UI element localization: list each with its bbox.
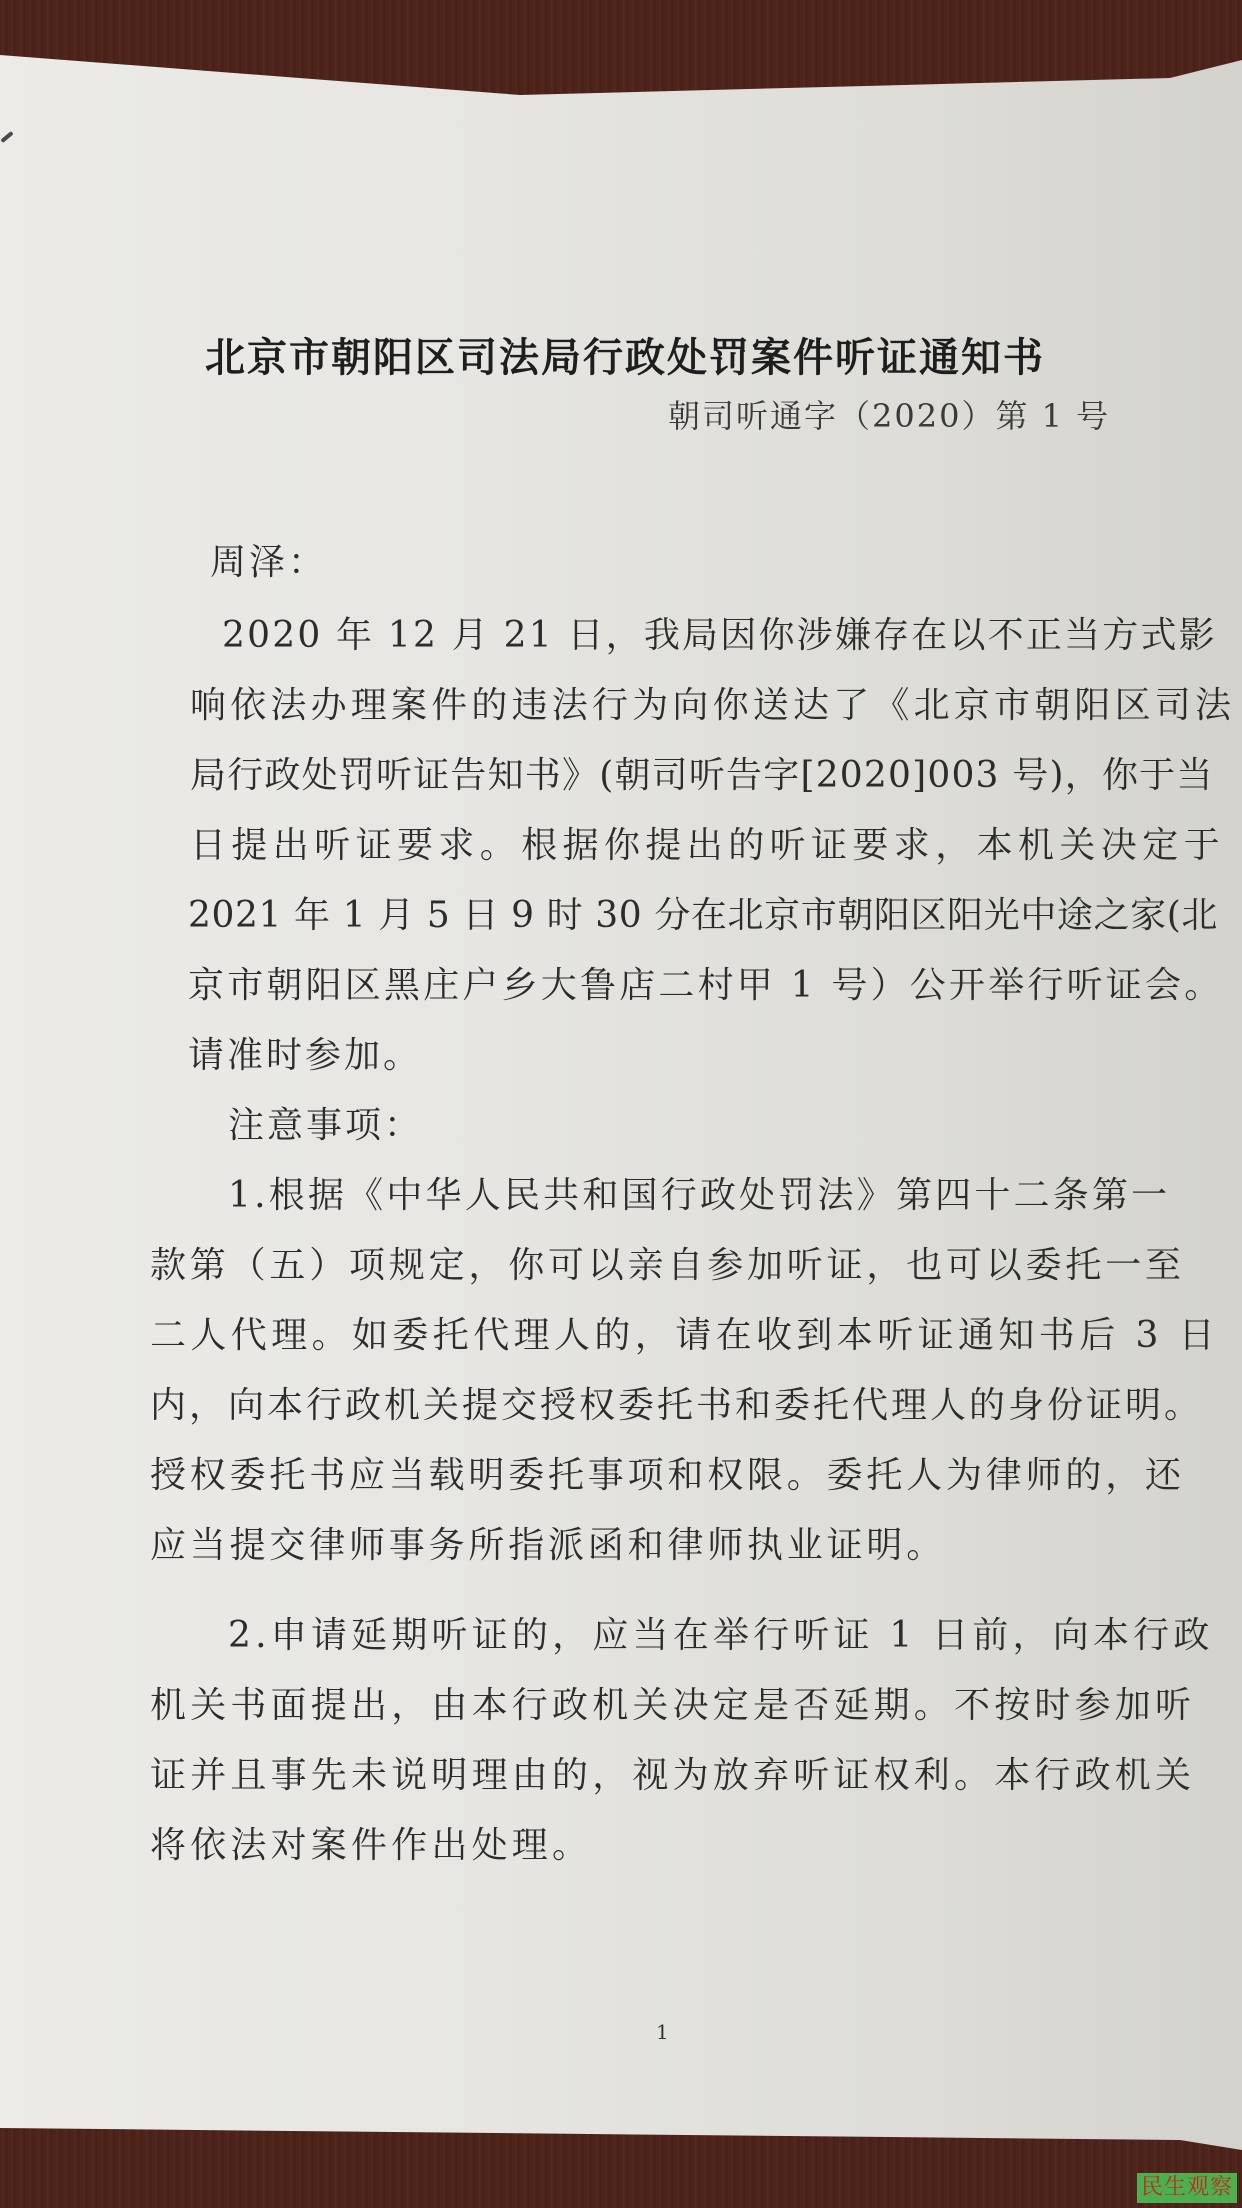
note2-line: 证并且事先未说明理由的，视为放弃听证权利。本行政机关 xyxy=(150,1758,1195,1794)
note1-line: 1.根据《中华人民共和国行政处罚法》第四十二条第一 xyxy=(228,1178,1170,1214)
body-line: 2021 年 1 月 5 日 9 时 30 分在北京市朝阳区阳光中途之家(北 xyxy=(188,898,1218,934)
note2-line: 2.申请延期听证的，应当在举行听证 1 日前，向本行政 xyxy=(228,1618,1214,1654)
document-title: 北京市朝阳区司法局行政处罚案件听证通知书 xyxy=(205,338,1045,378)
body-line: 响依法办理案件的违法行为向你送达了《北京市朝阳区司法 xyxy=(190,688,1235,724)
watermark-badge: 民生观察 xyxy=(1137,2173,1237,2203)
note2-line: 将依法对案件作出处理。 xyxy=(150,1828,592,1864)
document-number: 朝司听通字（2020）第 1 号 xyxy=(668,400,1110,432)
note1-line: 内，向本行政机关提交授权委托书和委托代理人的身份证明。 xyxy=(150,1388,1203,1424)
document-paper xyxy=(0,0,1242,2208)
body-line: 2020 年 12 月 21 日，我局因你涉嫌存在以不正当方式影 xyxy=(222,618,1217,654)
page-number: 1 xyxy=(656,2020,669,2044)
note1-line: 应当提交律师事务所指派函和律师执业证明。 xyxy=(150,1528,946,1564)
addressee: 周泽： xyxy=(210,545,327,581)
body-line: 请准时参加。 xyxy=(188,1038,422,1074)
body-line: 京市朝阳区黑庄户乡大鲁店二村甲 1 号）公开举行听证会。 xyxy=(188,968,1223,1004)
body-line: 局行政处罚听证告知书》(朝司听告字[2020]003 号)，你于当 xyxy=(190,758,1214,794)
body-line: 日提出听证要求。根据你提出的听证要求，本机关决定于 xyxy=(190,828,1225,864)
note1-line: 二人代理。如委托代理人的，请在收到本听证通知书后 3 日 xyxy=(150,1318,1219,1354)
notes-heading: 注意事项： xyxy=(228,1108,423,1144)
note1-line: 授权委托书应当载明委托事项和权限。委托人为律师的，还 xyxy=(150,1458,1185,1494)
note1-line: 款第（五）项规定，你可以亲自参加听证，也可以委托一至 xyxy=(150,1248,1185,1284)
note2-line: 机关书面提出，由本行政机关决定是否延期。不按时参加听 xyxy=(150,1688,1195,1724)
